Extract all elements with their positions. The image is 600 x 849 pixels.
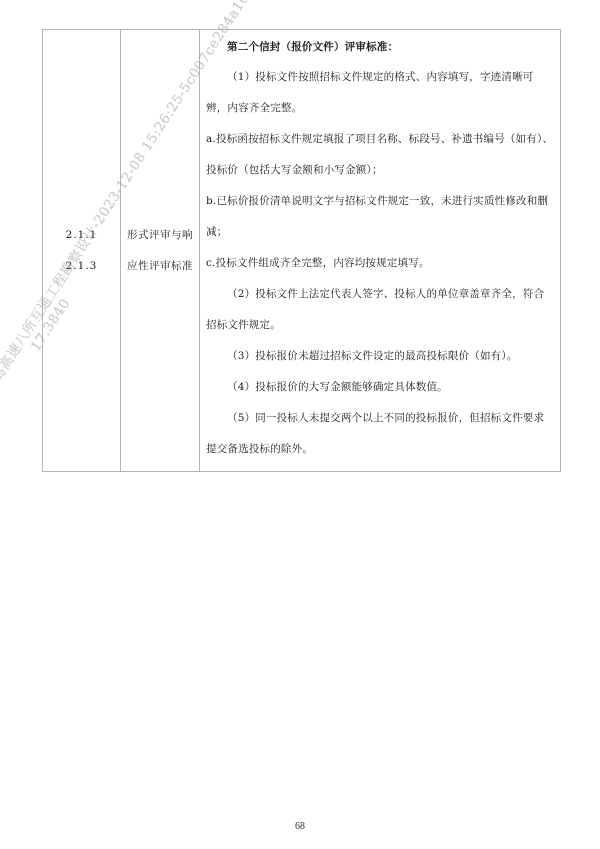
- standard-heading: 第二个信封（报价文件）评审标准：: [206, 37, 554, 57]
- clause-number: 2.1.1: [43, 220, 120, 251]
- criterion-subitem: c.投标文件组成齐全完整，内容均按规定填写。: [206, 248, 554, 279]
- evaluation-criteria-table: 2.1.1 2.1.3 形式评审与响 应性评审标准 第二个信封（报价文件）评审标…: [42, 29, 561, 472]
- table-row: 2.1.1 2.1.3 形式评审与响 应性评审标准 第二个信封（报价文件）评审标…: [43, 30, 561, 472]
- clause-number: 2.1.3: [43, 251, 120, 282]
- page-number: 68: [0, 821, 600, 832]
- clause-number-cell: 2.1.1 2.1.3: [43, 30, 121, 472]
- standard-cell: 第二个信封（报价文件）评审标准： （1）投标文件按照招标文件规定的格式、内容填写…: [200, 30, 561, 472]
- criterion-subitem: a.投标函按招标文件规定填报了项目名称、标段号、补遗书编号（如有）、投标价（包括…: [206, 124, 554, 186]
- criterion-paragraph: （2）投标文件上法定代表人签字、投标人的单位章盖章齐全，符合招标文件规定。: [206, 279, 554, 341]
- criterion-paragraph: （5）同一投标人未提交两个以上不同的投标报价，但招标文件要求提交备选投标的除外。: [206, 403, 554, 465]
- criterion-paragraph: （1）投标文件按照招标文件规定的格式、内容填写，字迹清晰可辨，内容齐全完整。: [206, 62, 554, 124]
- criterion-paragraph: （3）投标报价未超过招标文件设定的最高投标限价（如有）。: [206, 341, 554, 372]
- item-name-line: 应性评审标准: [121, 251, 199, 282]
- criterion-paragraph: （4）投标报价的大写金额能够确定具体数值。: [206, 372, 554, 403]
- document-page: 2.1.1 2.1.3 形式评审与响 应性评审标准 第二个信封（报价文件）评审标…: [0, 0, 600, 849]
- criterion-subitem: b.已标价报价清单说明文字与招标文件规定一致，未进行实质性修改和删减；: [206, 186, 554, 248]
- item-name-cell: 形式评审与响 应性评审标准: [121, 30, 200, 472]
- item-name-line: 形式评审与响: [121, 220, 199, 251]
